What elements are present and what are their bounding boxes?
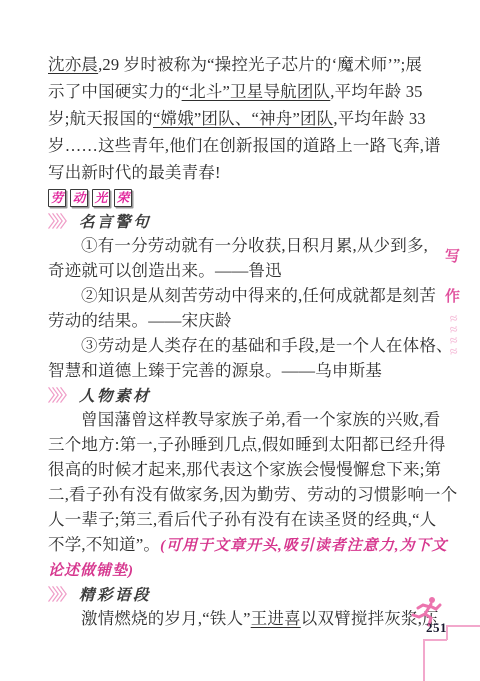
corner-line: [423, 639, 425, 681]
margin-tab-char: 作: [445, 285, 460, 306]
text-line: 岁……这些青年,他们在创新报国的道路上一路飞奔,谱: [48, 132, 448, 159]
text-segment: 不学,不知道”。: [48, 535, 160, 554]
text-line: 三个地方:第一,子孙睡到几点,假如睡到太阳都已经升得: [48, 432, 448, 457]
proper-noun-underlined: 沈亦晨: [48, 55, 98, 74]
text-segment: ,平均年龄 35: [330, 82, 422, 101]
text-line: 论述做铺垫): [48, 557, 448, 582]
section-heading-people: 〉〉〉〉 人物素材: [48, 383, 448, 407]
badge-char-box: 光: [92, 189, 110, 207]
text-line: 曾国藩曾这样教导家族子弟,看一个家族的兴败,看: [48, 407, 448, 432]
text-segment: ①有一分劳动就有一分收获,日积月累,从少到多,: [81, 236, 428, 255]
book-page: 沈亦晨,29 岁时被称为“操控光子芯片的‘魔术师’”;展示了中国硬实力的“北斗”…: [0, 0, 480, 681]
badge-char: 动: [73, 192, 86, 205]
text-line: ①有一分劳动就有一分收获,日积月累,从少到多,: [48, 233, 448, 258]
badge-char: 荣: [117, 192, 130, 205]
badge-char-box: 荣: [114, 189, 132, 207]
section-heading-passage: 〉〉〉〉 精彩语段: [48, 582, 448, 606]
text-line: 奇迹就可以创造出来。——鲁迅: [48, 258, 448, 283]
text-segment: 人一辈子;第三,看后代子孙有没有在读圣贤的经典,“人: [48, 510, 436, 529]
text-line: 不学,不知道”。(可用于文章开头,吸引读者注意力,为下文: [48, 532, 448, 557]
text-line: 劳动的结果。——宋庆龄: [48, 308, 448, 333]
text-segment: 奇迹就可以创造出来。——鲁迅: [48, 261, 282, 280]
text-line: 智慧和道德上臻于完善的源泉。——乌申斯基: [48, 358, 448, 383]
section-quotes-body: ①有一分劳动就有一分收获,日积月累,从少到多,奇迹就可以创造出来。——鲁迅②知识…: [48, 233, 448, 383]
text-segment: ③劳动是人类存在的基础和手段,是一个人在体格、: [81, 336, 453, 355]
text-line: 岁;航天报国的“嫦娥”团队、“神舟”团队,平均年龄 33: [48, 105, 448, 132]
text-segment: 激情燃烧的岁月,“铁人”: [81, 609, 251, 628]
text-line: 激情燃烧的岁月,“铁人”王进喜以双臂搅拌灰浆,压: [48, 606, 448, 631]
text-line: 示了中国硬实力的“北斗”卫星导航团队,平均年龄 35: [48, 78, 448, 105]
badge-char-box: 动: [70, 189, 88, 207]
text-line: 沈亦晨,29 岁时被称为“操控光子芯片的‘魔术师’”;展: [48, 51, 448, 78]
proper-noun-underlined: “北斗”卫星导航团队: [182, 82, 331, 101]
section-title: 名言警句: [79, 210, 151, 232]
text-segment: 三个地方:第一,子孙睡到几点,假如睡到太阳都已经升得: [48, 435, 446, 454]
corner-line: [423, 639, 447, 641]
text-line: 写出新时代的最美青春!: [48, 159, 448, 186]
proper-noun-underlined: 王进喜: [251, 609, 301, 628]
page-content: 沈亦晨,29 岁时被称为“操控光子芯片的‘魔术师’”;展示了中国硬实力的“北斗”…: [48, 51, 448, 631]
page-number: 251: [426, 620, 447, 636]
text-segment: ,平均年龄 33: [333, 109, 425, 128]
section-people-body: 曾国藩曾这样教导家族子弟,看一个家族的兴败,看三个地方:第一,子孙睡到几点,假如…: [48, 407, 448, 582]
teacher-annotation: (可用于文章开头,吸引读者注意力,为下文: [160, 538, 448, 554]
badge-char-box: 劳: [48, 189, 66, 207]
text-segment: 写出新时代的最美青春!: [48, 163, 221, 182]
text-segment: 岁……这些青年,他们在创新报国的道路上一路飞奔,谱: [48, 136, 441, 155]
text-line: 人一辈子;第三,看后代子孙有没有在读圣贤的经典,“人: [48, 507, 448, 532]
text-segment: 岁;航天报国的: [48, 109, 153, 128]
text-segment: 劳动的结果。——宋庆龄: [48, 311, 232, 330]
text-line: 二,看子孙有没有做家务,因为勤劳、劳动的习惯影响一个: [48, 482, 448, 507]
margin-tab-char: 写: [445, 245, 460, 266]
text-segment: ,29 岁时被称为“操控光子芯片的‘魔术师’”;展: [98, 55, 422, 74]
badge-char: 光: [95, 192, 108, 205]
text-line: ②知识是从刻苦劳动中得来的,任何成就都是刻苦: [48, 283, 448, 308]
text-segment: ②知识是从刻苦劳动中得来的,任何成就都是刻苦: [81, 286, 436, 305]
chevrons-icon: 〉〉〉〉: [48, 384, 71, 407]
teacher-annotation: 论述做铺垫): [48, 563, 134, 579]
corner-line: [446, 625, 480, 627]
text-segment: 示了中国硬实力的: [48, 82, 182, 101]
text-segment: 曾国藩曾这样教导家族子弟,看一个家族的兴败,看: [81, 410, 440, 429]
section-heading-quotes: 〉〉〉〉 名言警句: [48, 209, 448, 233]
chevrons-icon: 〉〉〉〉: [48, 210, 71, 233]
text-line: ③劳动是人类存在的基础和手段,是一个人在体格、: [48, 333, 448, 358]
intro-paragraph: 沈亦晨,29 岁时被称为“操控光子芯片的‘魔术师’”;展示了中国硬实力的“北斗”…: [48, 51, 448, 186]
text-segment: 很高的时候才起来,那代表这个家族会慢慢懈怠下来;第: [48, 460, 441, 479]
badge-char: 劳: [51, 192, 64, 205]
text-line: 很高的时候才起来,那代表这个家族会慢慢懈怠下来;第: [48, 457, 448, 482]
section-title: 精彩语段: [79, 583, 151, 605]
section-passage-body: 激情燃烧的岁月,“铁人”王进喜以双臂搅拌灰浆,压: [48, 606, 448, 631]
text-segment: 智慧和道德上臻于完善的源泉。——乌申斯基: [48, 361, 382, 380]
chevrons-icon: 〉〉〉〉: [48, 583, 71, 606]
topic-badge: 劳 动 光 荣: [48, 187, 448, 209]
text-segment: 二,看子孙有没有做家务,因为勤劳、劳动的习惯影响一个: [48, 485, 457, 504]
section-title: 人物素材: [79, 384, 151, 406]
proper-noun-underlined: “嫦娥”团队、“神舟”团队: [153, 109, 333, 128]
